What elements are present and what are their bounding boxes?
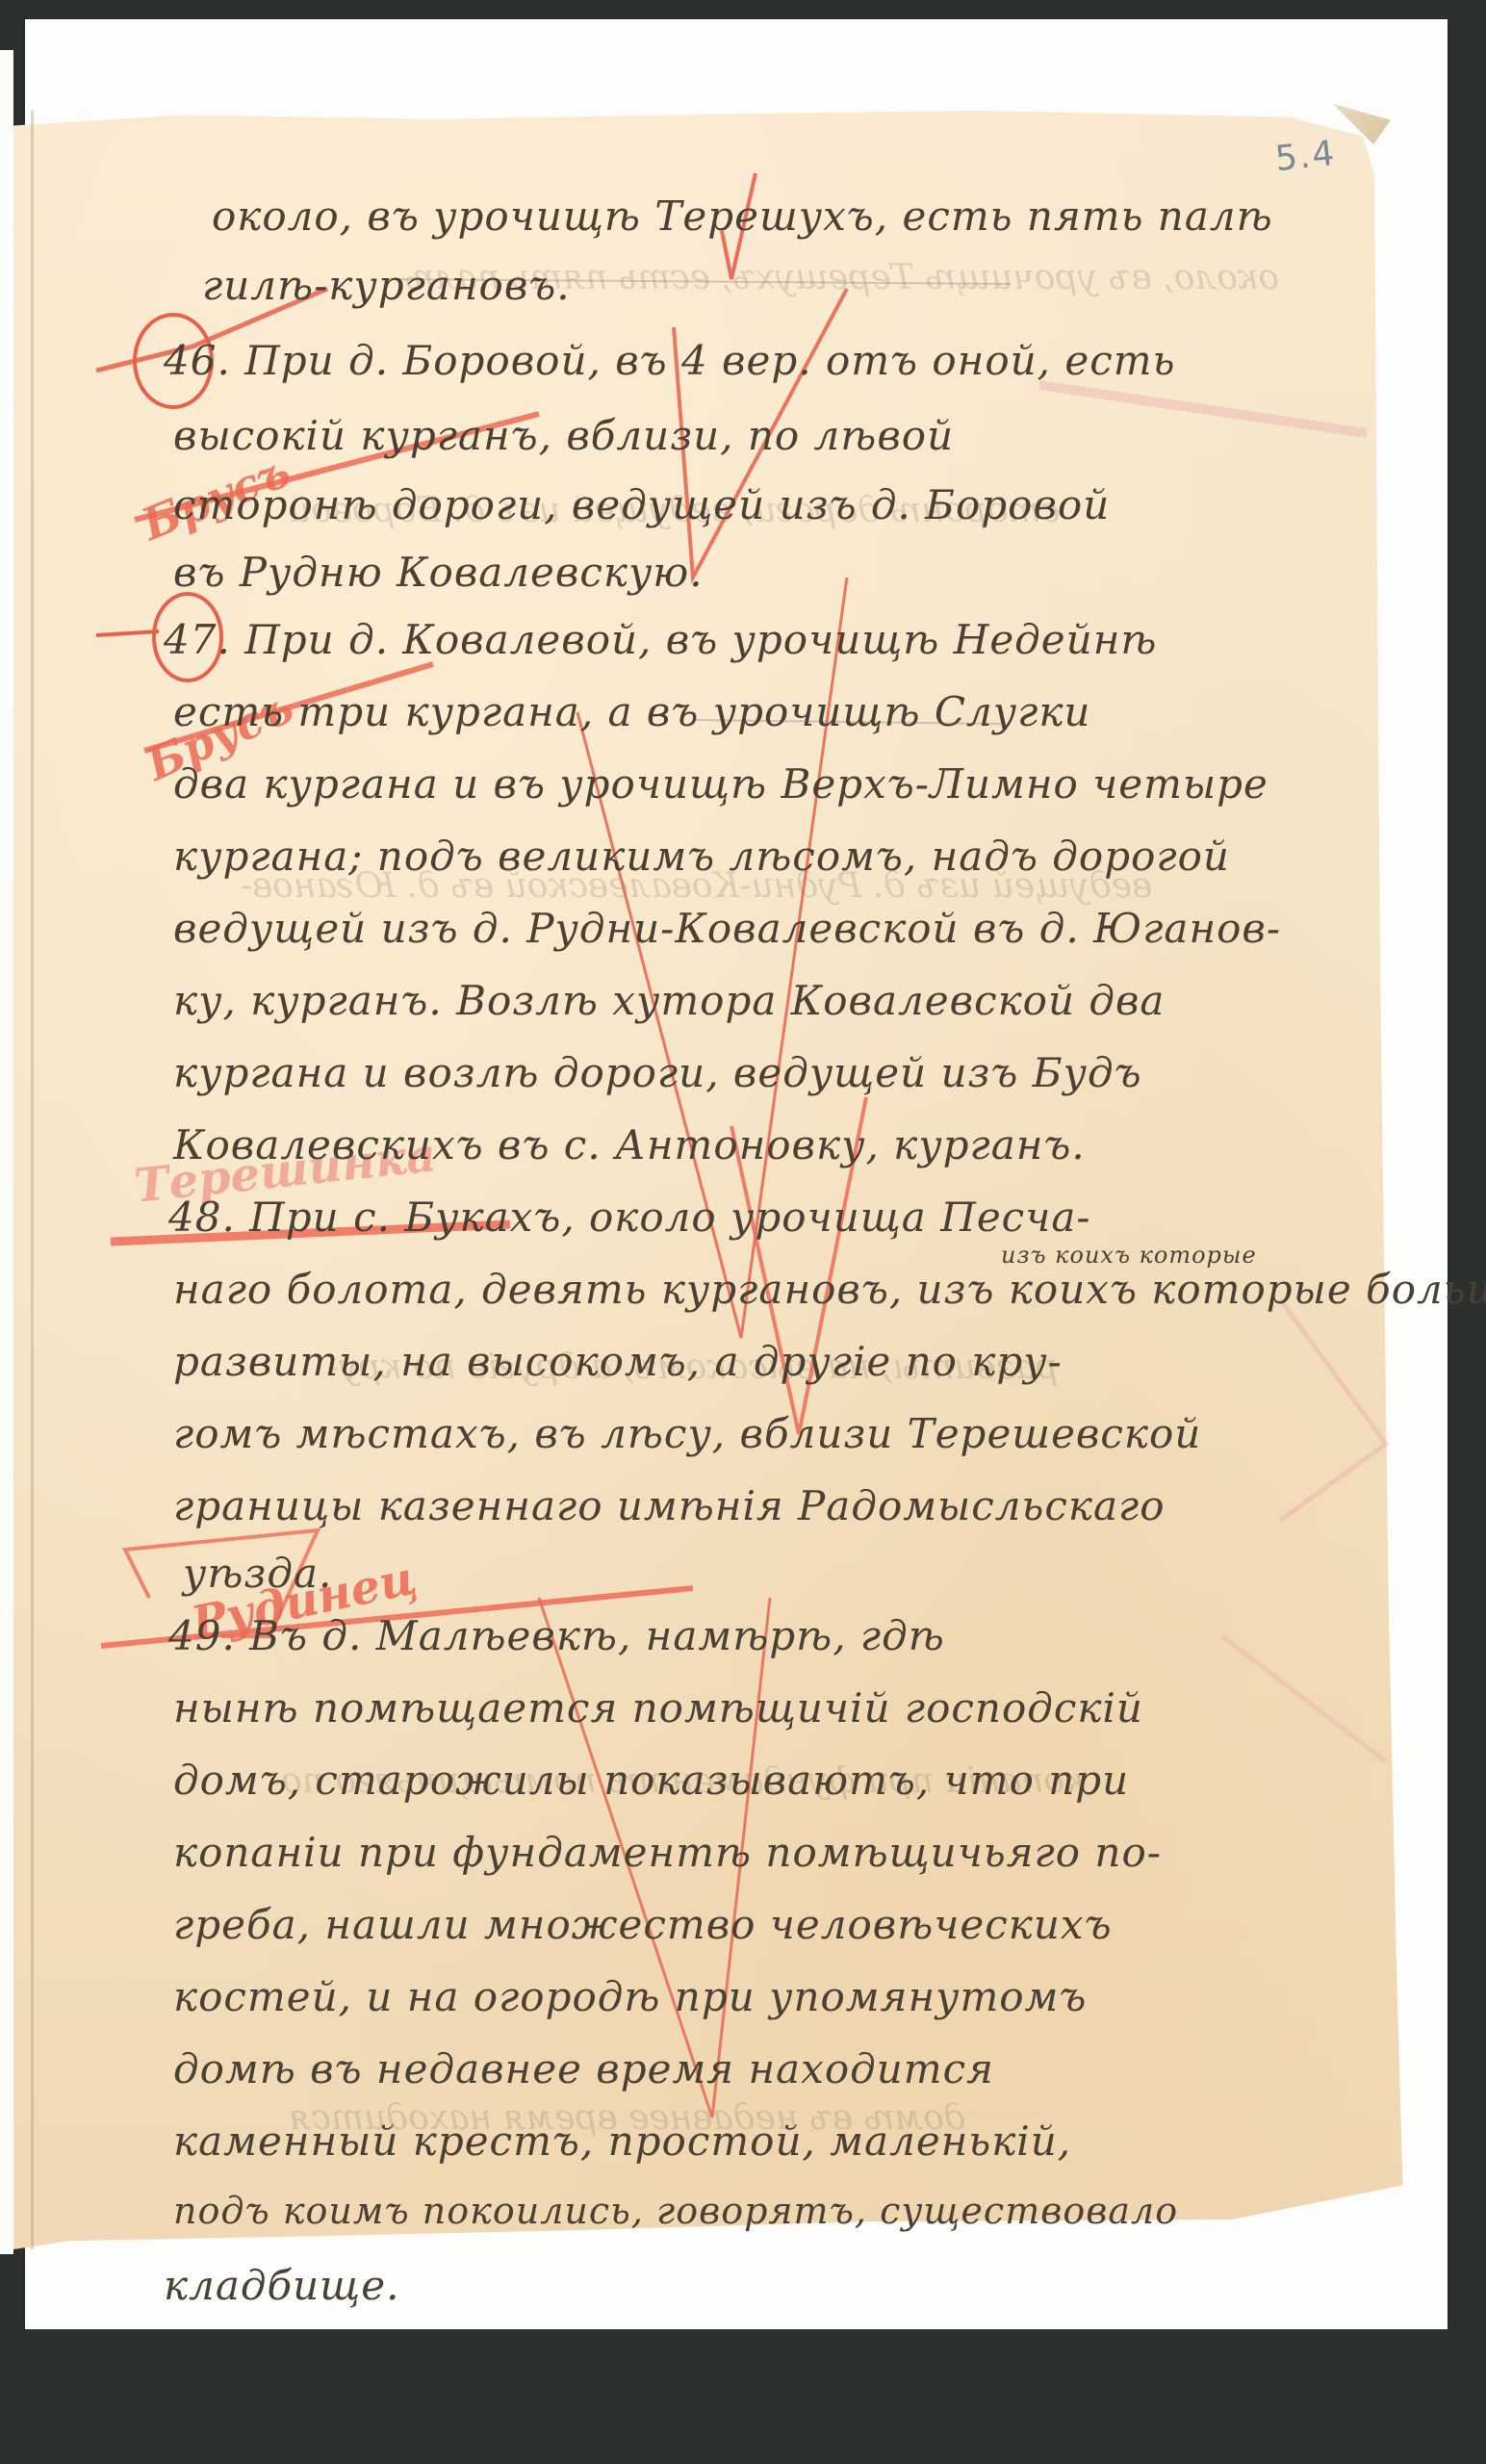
text-line: границы казеннаго имѣнія Радомысльскаго <box>173 1482 1166 1529</box>
text-line: костей, и на огородѣ при упомянутомъ <box>173 1973 1087 2020</box>
entry-number: 46. <box>164 337 231 384</box>
text-line: наго болота, девять кургановъ, изъ коихъ… <box>173 1266 1486 1313</box>
folio-number: 5.4 <box>1273 134 1338 179</box>
text-line: каменный крестъ, простой, маленькій, <box>173 2117 1071 2165</box>
text-line: гилѣ-кургановъ. <box>202 262 571 309</box>
text-line: высокій курганъ, вблизи, по лѣвой <box>173 412 954 459</box>
text-line: сторонѣ дороги, ведущей изъ д. Боровой <box>173 481 1110 528</box>
paper-fold-crease <box>31 111 34 2249</box>
interlinear-insertion: изъ коихъ которые <box>1001 1242 1257 1269</box>
text-line: кургана; подъ великимъ лѣсомъ, надъ доро… <box>173 833 1230 880</box>
text-line: домъ, старожилы показываютъ, что при <box>173 1757 1129 1804</box>
entry-46: 46. При д. Боровой, въ 4 вер. отъ оной, … <box>164 337 1175 384</box>
text-line: кладбище. <box>164 2262 399 2309</box>
text-line: ведущей изъ д. Рудни-Ковалевской въ д. Ю… <box>173 905 1281 952</box>
text-line: ку, курганъ. Возлѣ хутора Ковалевской дв… <box>173 977 1165 1024</box>
text-line: есть три кургана, а въ урочищѣ Слугки <box>173 688 1090 735</box>
entry-number: 48. <box>168 1193 236 1241</box>
text-line: уѣзда. <box>183 1550 332 1597</box>
text-line: При с. Букахъ, около урочища Песча- <box>249 1193 1090 1241</box>
text-line: гомъ мѣстахъ, въ лѣсу, вблизи Терешевско… <box>173 1410 1201 1457</box>
text-line: При д. Боровой, въ 4 вер. отъ оной, есть <box>244 337 1175 384</box>
mount-left-strip <box>0 50 13 2254</box>
entry-47: 47. При д. Ковалевой, въ урочищѣ Недейнѣ <box>164 616 1157 663</box>
text-line: въ Рудню Ковалевскую. <box>173 549 704 596</box>
text-line: нынѣ помѣщается помѣщичій господскій <box>173 1684 1143 1732</box>
entry-number: 49. <box>168 1612 236 1659</box>
text-line: подъ коимъ покоились, говорятъ, существо… <box>173 2190 1178 2232</box>
entry-48: 48. При с. Букахъ, около урочища Песча- <box>168 1193 1091 1241</box>
text-line: Ковалевскихъ въ с. Антоновку, курганъ. <box>173 1121 1086 1168</box>
text-line: греба, нашли множество человѣческихъ <box>173 1901 1113 1948</box>
text-line: около, въ урочищѣ Терешухъ, есть пять па… <box>212 192 1273 240</box>
text-line: домѣ въ недавнее время находится <box>173 2045 994 2092</box>
entry-49: 49. Въ д. Малѣевкѣ, намѣрѣ, гдѣ <box>168 1612 945 1659</box>
text-line: копаніи при фундаментѣ помѣщичьяго по- <box>173 1829 1162 1876</box>
text-line: развиты, на высокомъ, а другіе по кру- <box>173 1338 1063 1385</box>
text-line: два кургана и въ урочищѣ Верхъ-Лимно чет… <box>173 760 1268 808</box>
text-line: кургана и возлѣ дороги, ведущей изъ Будъ <box>173 1049 1142 1096</box>
text-line: Въ д. Малѣевкѣ, намѣрѣ, гдѣ <box>249 1612 945 1659</box>
text-line: При д. Ковалевой, въ урочищѣ Недейнѣ <box>244 616 1157 663</box>
entry-number: 47. <box>164 616 231 663</box>
